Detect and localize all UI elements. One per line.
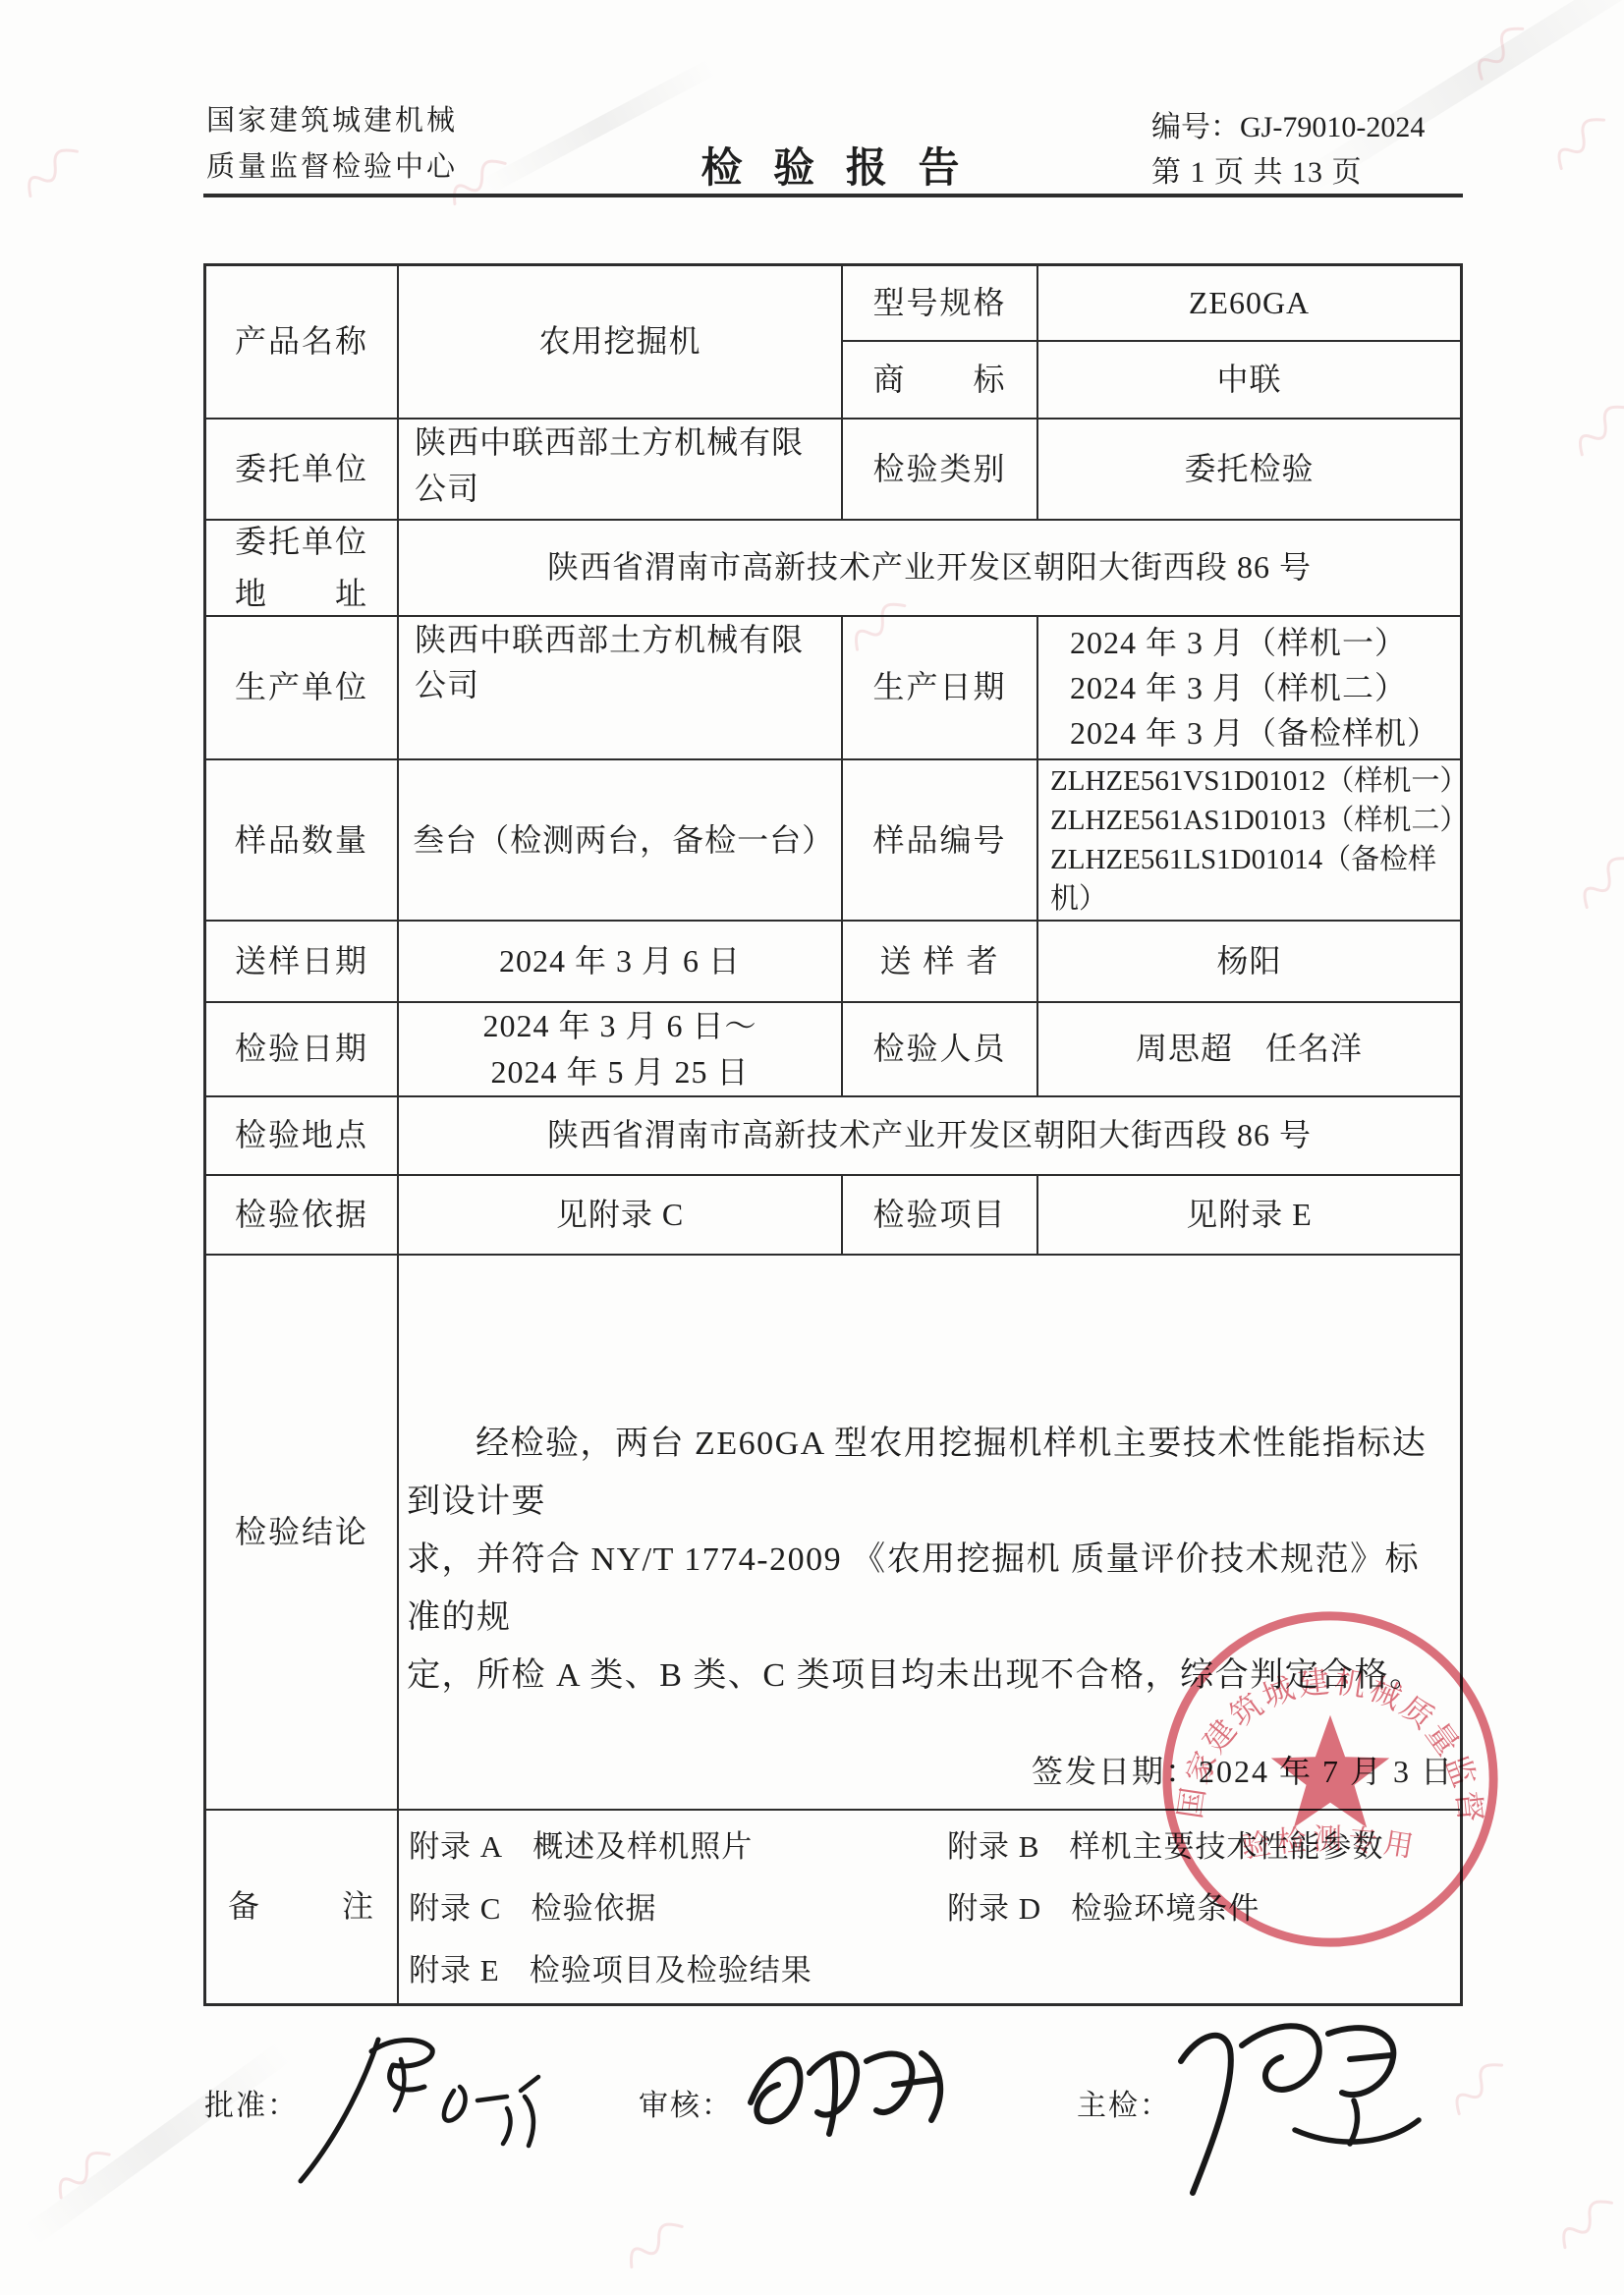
scan-streak — [24, 2042, 292, 2246]
security-watermark — [1543, 107, 1619, 178]
conclusion-value: 经检验，两台 ZE60GA 型农用挖掘机样机主要技术性能指标达到设计要 求，并符… — [399, 1256, 1460, 1811]
inspection-date-value: 2024 年 3 月 6 日～ 2024 年 5 月 25 日 — [399, 1003, 843, 1097]
inspection-date-label: 检验日期 — [206, 1003, 399, 1097]
model-label: 型号规格 — [843, 266, 1038, 342]
product-name-value: 农用挖掘机 — [399, 266, 843, 420]
security-watermark — [1441, 2052, 1517, 2123]
sample-quantity-value: 叁台（检测两台，备检一台） — [399, 760, 843, 922]
security-watermark — [46, 2141, 124, 2208]
client-address-value: 陕西省渭南市高新技术产业开发区朝阳大街西段 86 号 — [399, 521, 1460, 617]
inspectors-value: 周思超 任名洋 — [1038, 1003, 1460, 1097]
appendix-item-e: 附录 E检验项目及检验结果 — [409, 1950, 812, 1991]
org-name-line2: 质量监督检验中心 — [206, 144, 458, 185]
sample-quantity-label: 样品数量 — [206, 760, 399, 922]
production-date-label: 生产日期 — [843, 617, 1038, 760]
delivery-date-value: 2024 年 3 月 6 日 — [399, 922, 843, 1003]
security-watermark — [1565, 394, 1624, 464]
model-value: ZE60GA — [1038, 266, 1460, 342]
document-title: 检 验 报 告 — [629, 136, 1041, 195]
inspection-basis-label: 检验依据 — [206, 1176, 399, 1257]
chief-signature — [1148, 2006, 1432, 2212]
product-name-label: 产品名称 — [206, 266, 399, 420]
security-watermark — [1569, 846, 1624, 917]
remarks-value: 附录 A概述及样机照片 附录 B样机主要技术性能参数 附录 C检验依据 附录 D… — [399, 1811, 1460, 2003]
security-watermark — [15, 138, 91, 205]
inspection-items-label: 检验项目 — [843, 1176, 1038, 1257]
appendix-item-c: 附录 C检验依据 — [409, 1888, 656, 1930]
sample-sender-value: 杨阳 — [1038, 922, 1460, 1003]
report-table: 产品名称 农用挖掘机 型号规格 ZE60GA 商 标 中联 委托单位 陕西中联西… — [203, 263, 1463, 2006]
inspection-place-label: 检验地点 — [206, 1097, 399, 1176]
inspection-items-value: 见附录 E — [1038, 1176, 1460, 1257]
sample-codes-label: 样品编号 — [843, 760, 1038, 922]
security-watermark — [617, 2212, 695, 2276]
security-watermark — [1464, 16, 1539, 87]
inspection-place-value: 陕西省渭南市高新技术产业开发区朝阳大街西段 86 号 — [399, 1097, 1460, 1176]
inspection-report-page: 国家建筑城建机械 质量监督检验中心 检 验 报 告 编号：GJ-79010-20… — [0, 0, 1624, 2295]
appendix-item-d: 附录 D检验环境条件 — [947, 1888, 1260, 1930]
conclusion-paragraph: 经检验，两台 ZE60GA 型农用挖掘机样机主要技术性能指标达到设计要 求，并符… — [399, 1415, 1460, 1705]
org-name-line1: 国家建筑城建机械 — [206, 98, 458, 139]
page-number: 第 1 页 共 13 页 — [1151, 147, 1363, 191]
appendix-item-a: 附录 A概述及样机照片 — [409, 1826, 753, 1868]
review-signature — [739, 2030, 965, 2157]
inspection-category-value: 委托检验 — [1038, 420, 1460, 520]
trademark-value: 中联 — [1038, 342, 1460, 420]
trademark-label: 商 标 — [843, 342, 1038, 420]
client-value: 陕西中联西部土方机械有限 公司 — [399, 420, 843, 520]
remarks-label: 备注 — [206, 1811, 399, 2003]
approve-signature — [285, 2026, 550, 2193]
client-label: 委托单位 — [206, 420, 399, 520]
manufacturer-label: 生产单位 — [206, 617, 399, 760]
manufacturer-value: 陕西中联西部土方机械有限 公司 — [399, 617, 843, 760]
sample-sender-label: 送 样 者 — [843, 922, 1038, 1003]
client-address-label: 委托单位 地 址 — [206, 521, 399, 617]
inspection-basis-value: 见附录 C — [399, 1176, 843, 1257]
report-number: 编号：GJ-79010-2024 — [1151, 102, 1425, 145]
appendix-item-b: 附录 B样机主要技术性能参数 — [947, 1826, 1383, 1868]
issue-date: 签发日期：2024 年 7 月 3 日 — [1032, 1751, 1454, 1793]
inspection-category-label: 检验类别 — [843, 420, 1038, 520]
header-rule — [203, 194, 1463, 197]
review-label: 审核： — [639, 2081, 733, 2124]
production-date-value: 2024 年 3 月（样机一） 2024 年 3 月（样机二） 2024 年 3… — [1038, 617, 1460, 760]
delivery-date-label: 送样日期 — [206, 922, 399, 1003]
inspectors-label: 检验人员 — [843, 1003, 1038, 1097]
conclusion-label: 检验结论 — [206, 1256, 399, 1811]
security-watermark — [1549, 2189, 1624, 2257]
sample-codes-value: ZLHZE561VS1D01012（样机一） ZLHZE561AS1D01013… — [1038, 760, 1460, 922]
